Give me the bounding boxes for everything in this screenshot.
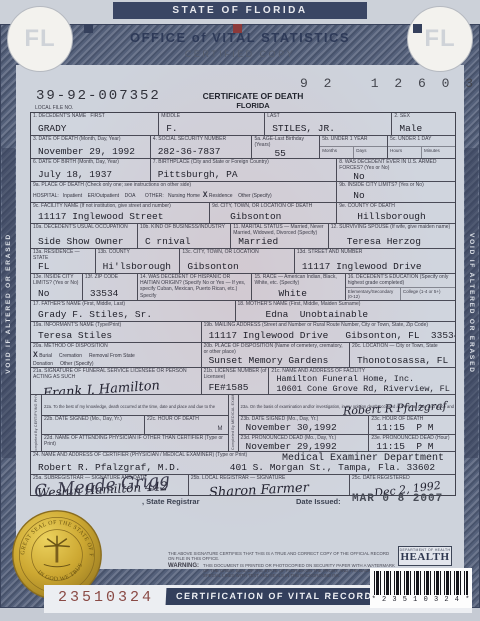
date-issued-stamp: MAR 0 8 2007 <box>352 493 443 505</box>
state-of-florida-banner: STATE OF FLORIDA <box>113 2 367 19</box>
sub-label-months: Months <box>320 147 353 158</box>
field-label: 9d. CITY, TOWN, OR LOCATION OF DEATH <box>210 203 336 210</box>
field-informant-name: 19a. INFORMANT'S NAME (Type/Print) Teres… <box>31 322 201 342</box>
field-label: 13c. CITY, TOWN, OR LOCATION <box>180 249 293 256</box>
field-value: Teresa Stiles <box>31 331 201 342</box>
field-label: 7. BIRTHPLACE (City and State or Foreign… <box>151 159 337 166</box>
warning-block: THE ABOVE SIGNATURE CERTIFIES THAT THIS … <box>168 551 396 579</box>
disposition-options: X Burial Cremation Removal From StateDon… <box>31 350 201 367</box>
field-value: No <box>337 191 455 202</box>
options-part1: HOSPITAL: Inpatient ER/Outpatient DOA OT… <box>33 193 203 199</box>
field-value: November 29,1992 <box>239 442 369 451</box>
field-value: Thonotosassa, FL <box>350 356 455 367</box>
certified-copy-subtitle: CERTIFIED COPY <box>0 49 480 59</box>
field-occupation: 10a. DECEDENT'S USUAL OCCUPATION Side Sh… <box>31 224 137 248</box>
field-surviving-spouse: 12. SURVIVING SPOUSE (If wife, give maid… <box>328 224 455 248</box>
field-value: 55 <box>252 149 319 159</box>
field-residence-city: 13c. CITY, TOWN, OR LOCATION Gibsonton <box>179 249 293 273</box>
field-label: 17. FATHER'S NAME (First, Middle, Last) <box>31 301 235 308</box>
field-death-county: 9e. COUNTY OF DEATH Hillsborough <box>336 203 455 223</box>
field-23a-signature: 23a. On the basis of examination and/or … <box>239 395 455 415</box>
field-value: 11117 Inglewood Drive <box>295 262 455 273</box>
sub-value: 8 <box>348 299 398 301</box>
field-label: 19b. MAILING ADDRESS (Street and Number … <box>202 322 455 329</box>
field-label: 16. DECEDENT'S EDUCATION (Specify only h… <box>346 274 455 287</box>
field-decedent-last-name: LAST STILES, JR. <box>264 113 391 135</box>
field-label: 13b. COUNTY <box>96 249 180 256</box>
field-value: C rnival <box>138 237 230 248</box>
field-method-of-disposition: 20a. METHOD OF DISPOSITION X Burial Crem… <box>31 343 201 367</box>
sub-label-minutes: Minutes <box>421 147 455 158</box>
pronounced-dead-row: 23d. PRONOUNCED DEAD (Mo., Day, Yr.) Nov… <box>239 434 455 451</box>
state-file-number-stamp: 9 2 1 2 6 0 3 4 <box>300 76 480 91</box>
certifying-physician-block: 22a. To the best of my knowledge, death … <box>41 395 228 451</box>
field-label: 4. SOCIAL SECURITY NUMBER <box>151 136 252 143</box>
certificate-title: CERTIFICATE OF DEATH FLORIDA <box>168 91 338 110</box>
field-funeral-facility: 21c. NAME AND ADDRESS OF FACILITY Hamilt… <box>268 368 455 394</box>
field-value: Teresa Herzog <box>329 237 455 248</box>
label-text: 1. DECEDENT'S NAME <box>33 113 86 119</box>
field-24-certifier: 24. NAME AND ADDRESS OF CERTIFIER (PHYSI… <box>31 452 455 474</box>
field-label: 9e. COUNTY OF DEATH <box>337 203 455 210</box>
field-value <box>42 433 144 434</box>
field-label: 6. DATE OF BIRTH (Month, Day, Year) <box>31 159 150 166</box>
certificate-title-line1: CERTIFICATE OF DEATH <box>168 91 338 101</box>
field-education: 16. DECEDENT'S EDUCATION (Specify only h… <box>345 274 455 300</box>
void-text-left: VOID IF ALTERED OR ERASED <box>5 233 12 374</box>
examiner-date-row: 23b. DATE SIGNED (Mo., Day, Yr.) Novembe… <box>239 415 455 434</box>
sub-label-hours: Hours <box>388 147 421 158</box>
options-line1: Burial Cremation Removal From State <box>38 353 135 359</box>
vertical-label-text: To Be Completed By MEDICAL EXAMINER <box>231 395 235 451</box>
field-value: No <box>31 289 82 300</box>
field-zip-code: 13f. ZIP CODE 33534 <box>82 274 137 300</box>
field-license-number: 21b. LICENSE NUMBER (of Licensee) FE#158… <box>201 368 269 394</box>
education-sub-columns: Elementary/Secondary (0-12)8 College (1-… <box>346 287 455 301</box>
field-23c-hour-of-death: 23c. HOUR OF DEATH 11:15 P M <box>368 416 455 434</box>
field-label: 13a. RESIDENCE — STATE <box>31 249 95 262</box>
certifier-name: Robert R. Pfalzgraf, M.D. <box>31 463 230 474</box>
certifier-address-block: Medical Examiner Department 401 S. Morga… <box>230 463 455 474</box>
facility-address-line: 10601 Cone Grove Rd, Riverview, FL 33569 <box>269 385 455 394</box>
field-label: MIDDLE <box>159 113 264 120</box>
certification-of-vital-record-banner: CERTIFICATION OF VITAL RECORD <box>166 588 383 605</box>
row-disposition: 20a. METHOD OF DISPOSITION X Burial Crem… <box>31 342 455 367</box>
health-logo-text: HEALTH <box>399 552 451 563</box>
field-facility-name: 9c. FACILITY NAME (If not institution, g… <box>31 203 209 223</box>
field-23b-date-signed: 23b. DATE SIGNED (Mo., Day, Yr.) Novembe… <box>239 416 369 434</box>
medical-examiner-block: 23a. On the basis of examination and/or … <box>238 395 455 451</box>
void-strip-left: VOID IF ALTERED OR ERASED <box>2 148 15 458</box>
field-22a-signature: 22a. To the best of my knowledge, death … <box>42 395 228 415</box>
field-label: 5a. AGE-Last Birthday (Years) <box>252 136 319 149</box>
row-certifier-name-address: 24. NAME AND ADDRESS OF CERTIFIER (PHYSI… <box>31 451 455 474</box>
field-value: Hillsborough <box>337 212 455 223</box>
field-label: 13f. ZIP CODE <box>83 274 137 281</box>
field-label: LAST <box>265 113 391 120</box>
row-residence: 13a. RESIDENCE — STATE FL 13b. COUNTY Hi… <box>31 248 455 273</box>
field-value: Pittsburgh, PA <box>151 170 337 181</box>
local-file-number-label: LOCAL FILE NO. <box>35 105 73 111</box>
field-22d-cell: 22d. NAME OF ATTENDING PHYSICIAN IF OTHE… <box>42 435 228 451</box>
sub-columns: Hours Minutes <box>388 146 455 158</box>
field-label: 22c. HOUR OF DEATH <box>145 416 227 423</box>
field-label: 5b. UNDER 1 YEAR <box>320 136 387 143</box>
field-label: 22b. DATE SIGNED (Mo., Day, Yr.) <box>42 416 144 423</box>
field-residence-county: 13b. COUNTY Hi'lsborough <box>95 249 180 273</box>
row-facility: 9c. FACILITY NAME (If not institution, g… <box>31 202 455 223</box>
barcode-icon <box>374 571 468 595</box>
field-value: Grady F. Stiles, Sr. <box>31 310 235 321</box>
field-funeral-licensee-signature: 21a. SIGNATURE OF FUNERAL SERVICE LICENS… <box>31 368 201 394</box>
field-value: No <box>337 172 455 182</box>
sub-label: FIRST <box>90 113 104 119</box>
field-label: 9b. INSIDE CITY LIMITS? (Yes or No) <box>337 182 455 189</box>
field-residence-city-limits: 13e. INSIDE CITY LIMITS? (Yes or No) No <box>31 274 82 300</box>
field-label: 20c. LOCATION — City or Town, State <box>350 343 455 350</box>
field-decedent-first-name: 1. DECEDENT'S NAME FIRST GRADY <box>31 113 158 135</box>
certifying-physician-side-label: To Be Completed By CERTIFYING PHYSICIAN <box>31 395 41 451</box>
field-value: Gibsonton <box>210 212 336 223</box>
field-death-inside-city-limits: 9b. INSIDE CITY LIMITS? (Yes or No) No <box>336 182 455 202</box>
field-value: Side Show Owner <box>31 237 137 248</box>
field-value: Gibsonton <box>180 262 293 273</box>
field-under-1-year: 5b. UNDER 1 YEAR Months Days <box>319 136 387 158</box>
field-label: 20b. PLACE OF DISPOSITION (Name of cemet… <box>202 343 349 356</box>
field-value: Male <box>392 124 455 135</box>
row-decedent-name: 1. DECEDENT'S NAME FIRST GRADY MIDDLE F.… <box>31 113 455 135</box>
row-birth: 6. DATE OF BIRTH (Month, Day, Year) July… <box>31 158 455 181</box>
document-control-number: 23510324 <box>58 589 154 606</box>
field-marital-status: 11. MARITAL STATUS — Married, Never Marr… <box>230 224 328 248</box>
field-race: 15. RACE — American Indian, Black, White… <box>251 274 344 300</box>
field-label: 15. RACE — American Indian, Black, White… <box>252 274 344 287</box>
field-label: 22d. NAME OF ATTENDING PHYSICIAN IF OTHE… <box>42 435 228 448</box>
field-value: 11117 Inglewood Drive Gibsonton, FL 3353… <box>202 331 455 342</box>
field-value: July 18, 1937 <box>31 170 150 181</box>
field-residence-state: 13a. RESIDENCE — STATE FL <box>31 249 95 273</box>
field-armed-forces: 8. WAS DECEDENT EVER IN U.S. ARMED FORCE… <box>336 159 455 181</box>
field-value: 282-36-7837 <box>151 147 252 158</box>
field-label: 8. WAS DECEDENT EVER IN U.S. ARMED FORCE… <box>337 159 455 172</box>
place-of-death-options: HOSPITAL: Inpatient ER/Outpatient DOA OT… <box>31 190 336 202</box>
field-under-1-day: 5c. UNDER 1 DAY Hours Minutes <box>387 136 455 158</box>
field-value: Married <box>231 237 328 248</box>
death-certificate-document: { "h": { "state": "STATE OF FLORIDA", "o… <box>0 0 480 621</box>
field-date-of-birth: 6. DATE OF BIRTH (Month, Day, Year) July… <box>31 159 150 181</box>
field-label: 5c. UNDER 1 DAY <box>388 136 455 143</box>
field-sex: 2. SEX Male <box>391 113 455 135</box>
education-college: College (1-4 or 5+) <box>400 288 455 301</box>
void-text-right: VOID IF ALTERED OR ERASED <box>468 233 475 374</box>
field-label: 10a. DECEDENT'S USUAL OCCUPATION <box>31 224 137 231</box>
field-value: Hi'lsborough <box>96 262 180 273</box>
barcode-text: * 2 3 5 1 0 3 2 4 * <box>370 596 472 604</box>
field-label: 11. MARITAL STATUS — Married, Never Marr… <box>231 224 328 237</box>
sub-columns: Months Days <box>320 146 387 158</box>
field-22b-date-signed: 22b. DATE SIGNED (Mo., Day, Yr.) <box>42 416 144 434</box>
row-occupation: 10a. DECEDENT'S USUAL OCCUPATION Side Sh… <box>31 223 455 248</box>
death-certificate-form: 1. DECEDENT'S NAME FIRST GRADY MIDDLE F.… <box>30 112 456 496</box>
row-parents: 17. FATHER'S NAME (First, Middle, Last) … <box>31 300 455 321</box>
field-value: 11:15 P M <box>369 423 455 434</box>
field-value: Edna Unobtainable <box>236 310 455 321</box>
certification-statement: THE ABOVE SIGNATURE CERTIFIES THAT THIS … <box>168 551 396 562</box>
field-industry: 10b. KIND OF BUSINESS/INDUSTRY C rnival <box>137 224 230 248</box>
field-23e-pronounced-dead-hour: 23e. PRONOUNCED DEAD (Hour) 11:15 P M <box>368 435 455 451</box>
barcode-block: * 2 3 5 1 0 3 2 4 * <box>370 568 472 608</box>
field-place-of-death: 9a. PLACE OF DEATH (Check only one; see … <box>31 182 336 202</box>
field-label: 14. WAS DECEDENT OF HISPANIC OR HAITIAN … <box>138 274 251 292</box>
row-certification-blocks: To Be Completed By CERTIFYING PHYSICIAN … <box>31 394 455 451</box>
field-decedent-middle-name: MIDDLE F. <box>158 113 264 135</box>
field-father-name: 17. FATHER'S NAME (First, Middle, Last) … <box>31 301 235 321</box>
field-ssn: 4. SOCIAL SECURITY NUMBER 282-36-7837 <box>150 136 252 158</box>
field-value: 33534 <box>83 289 137 300</box>
state-registrar-label: , State Registrar <box>142 497 200 506</box>
physician-date-row: 22b. DATE SIGNED (Mo., Day, Yr.) 22c. HO… <box>42 415 228 434</box>
field-value: F. <box>159 124 264 135</box>
specify-label: Specify <box>138 293 251 300</box>
field-residence-street: 13d. STREET AND NUMBER 11117 Inglewood D… <box>294 249 455 273</box>
field-23d-pronounced-dead-date: 23d. PRONOUNCED DEAD (Mo., Day, Yr.) Nov… <box>239 435 369 451</box>
field-label: 1. DECEDENT'S NAME FIRST <box>31 113 158 120</box>
date-issued-label: Date Issued: <box>296 497 341 506</box>
certificate-title-line2: FLORIDA <box>168 101 338 110</box>
sub-label-days: Days <box>353 147 387 158</box>
field-value: November 29, 1992 <box>31 147 150 158</box>
field-label: 20a. METHOD OF DISPOSITION <box>31 343 201 350</box>
field-birthplace: 7. BIRTHPLACE (City and State or Foreign… <box>150 159 337 181</box>
field-label: 12. SURVIVING SPOUSE (If wife, give maid… <box>329 224 455 231</box>
office-title: OFFICE of VITAL STATISTICS <box>0 30 480 45</box>
options-line2: Donation Other (Specify) <box>33 361 94 367</box>
certifier-department: Medical Examiner Department <box>282 453 445 465</box>
row-funeral-service: 21a. SIGNATURE OF FUNERAL SERVICE LICENS… <box>31 367 455 394</box>
field-age: 5a. AGE-Last Birthday (Years) 55 <box>251 136 319 158</box>
local-file-number: 39-92-007352 <box>36 88 161 104</box>
meridiem-mark: M <box>216 425 225 433</box>
field-mailing-address: 19b. MAILING ADDRESS (Street and Number … <box>201 322 455 342</box>
field-value: FL <box>31 262 95 273</box>
field-value: GRADY <box>31 124 158 135</box>
row-death-date: 3. DATE OF DEATH (Month, Day, Year) Nove… <box>31 135 455 158</box>
row-place-of-death: 9a. PLACE OF DEATH (Check only one; see … <box>31 181 455 202</box>
field-22d-attending-physician: 22d. NAME OF ATTENDING PHYSICIAN IF OTHE… <box>42 434 228 451</box>
field-value: White <box>252 289 344 300</box>
void-strip-right: VOID IF ALTERED OR ERASED <box>465 148 478 458</box>
field-value: 11117 Inglewood Street <box>31 212 209 223</box>
field-label: 3. DATE OF DEATH (Month, Day, Year) <box>31 136 150 143</box>
field-label: 19a. INFORMANT'S NAME (Type/Print) <box>31 322 201 329</box>
field-date-of-death: 3. DATE OF DEATH (Month, Day, Year) Nove… <box>31 136 150 158</box>
warning-row: WARNING: THIS DOCUMENT IS PRINTED OR PHO… <box>168 563 396 579</box>
field-label: 13d. STREET AND NUMBER <box>295 249 455 256</box>
field-25c-date-registered: 25c. DATE REGISTERED Dec 2, 1992 <box>349 475 455 495</box>
field-death-city: 9d. CITY, TOWN, OR LOCATION OF DEATH Gib… <box>209 203 336 223</box>
education-elementary: Elementary/Secondary (0-12)8 <box>346 288 400 301</box>
field-22c-hour-of-death: 22c. HOUR OF DEATH M <box>144 416 227 434</box>
field-label: 22a. To the best of my knowledge, death … <box>42 403 215 415</box>
row-demographics: 13e. INSIDE CITY LIMITS? (Yes or No) No … <box>31 273 455 300</box>
row-informant: 19a. INFORMANT'S NAME (Type/Print) Teres… <box>31 321 455 342</box>
sub-label: College (1-4 or 5+) <box>403 289 441 294</box>
field-value: FE#1585 <box>202 383 269 394</box>
field-label: 9c. FACILITY NAME (If not institution, g… <box>31 203 209 210</box>
field-label: 10b. KIND OF BUSINESS/INDUSTRY <box>138 224 230 231</box>
field-disposition-location: 20c. LOCATION — City or Town, State Thon… <box>349 343 455 367</box>
field-value: Sunset Memory Gardens <box>202 356 349 367</box>
options-part2: Residence Other (Specify) <box>208 193 272 199</box>
department-of-health-logo: DEPARTMENT OF HEALTH HEALTH <box>398 546 452 566</box>
field-place-of-disposition: 20b. PLACE OF DISPOSITION (Name of cemet… <box>201 343 349 367</box>
field-label: 21b. LICENSE NUMBER (of Licensee) <box>202 368 269 381</box>
field-25b-local-registrar: 25b. LOCAL REGISTRAR — SIGNATURE Sharon … <box>188 475 349 495</box>
field-value: STILES, JR. <box>265 124 391 135</box>
examiner-signature-handwriting: Robert R Pfalzgraf <box>343 399 447 415</box>
field-label: 2. SEX <box>392 113 455 120</box>
sub-label: Elementary/Secondary (0-12) <box>348 289 394 299</box>
field-hispanic-origin: 14. WAS DECEDENT OF HISPANIC OR HAITIAN … <box>137 274 251 300</box>
field-mother-name: 18. MOTHER'S NAME (First, Middle, Maiden… <box>235 301 455 321</box>
medical-examiner-side-label: To Be Completed By MEDICAL EXAMINER <box>228 395 238 451</box>
warning-label: WARNING: <box>168 563 199 579</box>
field-label: 18. MOTHER'S NAME (First, Middle, Maiden… <box>236 301 455 308</box>
certifier-lines: Robert R. Pfalzgraf, M.D. Medical Examin… <box>31 463 455 474</box>
field-value: November 30,1992 <box>239 423 369 434</box>
field-value: 11:15 P M <box>369 442 455 451</box>
warning-text: THIS DOCUMENT IS PRINTED OR PHOTOCOPIED … <box>203 563 396 579</box>
vertical-label-text: To Be Completed By CERTIFYING PHYSICIAN <box>34 395 38 451</box>
field-label: 13e. INSIDE CITY LIMITS? (Yes or No) <box>31 274 82 287</box>
field-label: 9a. PLACE OF DEATH (Check only one; see … <box>31 182 336 189</box>
